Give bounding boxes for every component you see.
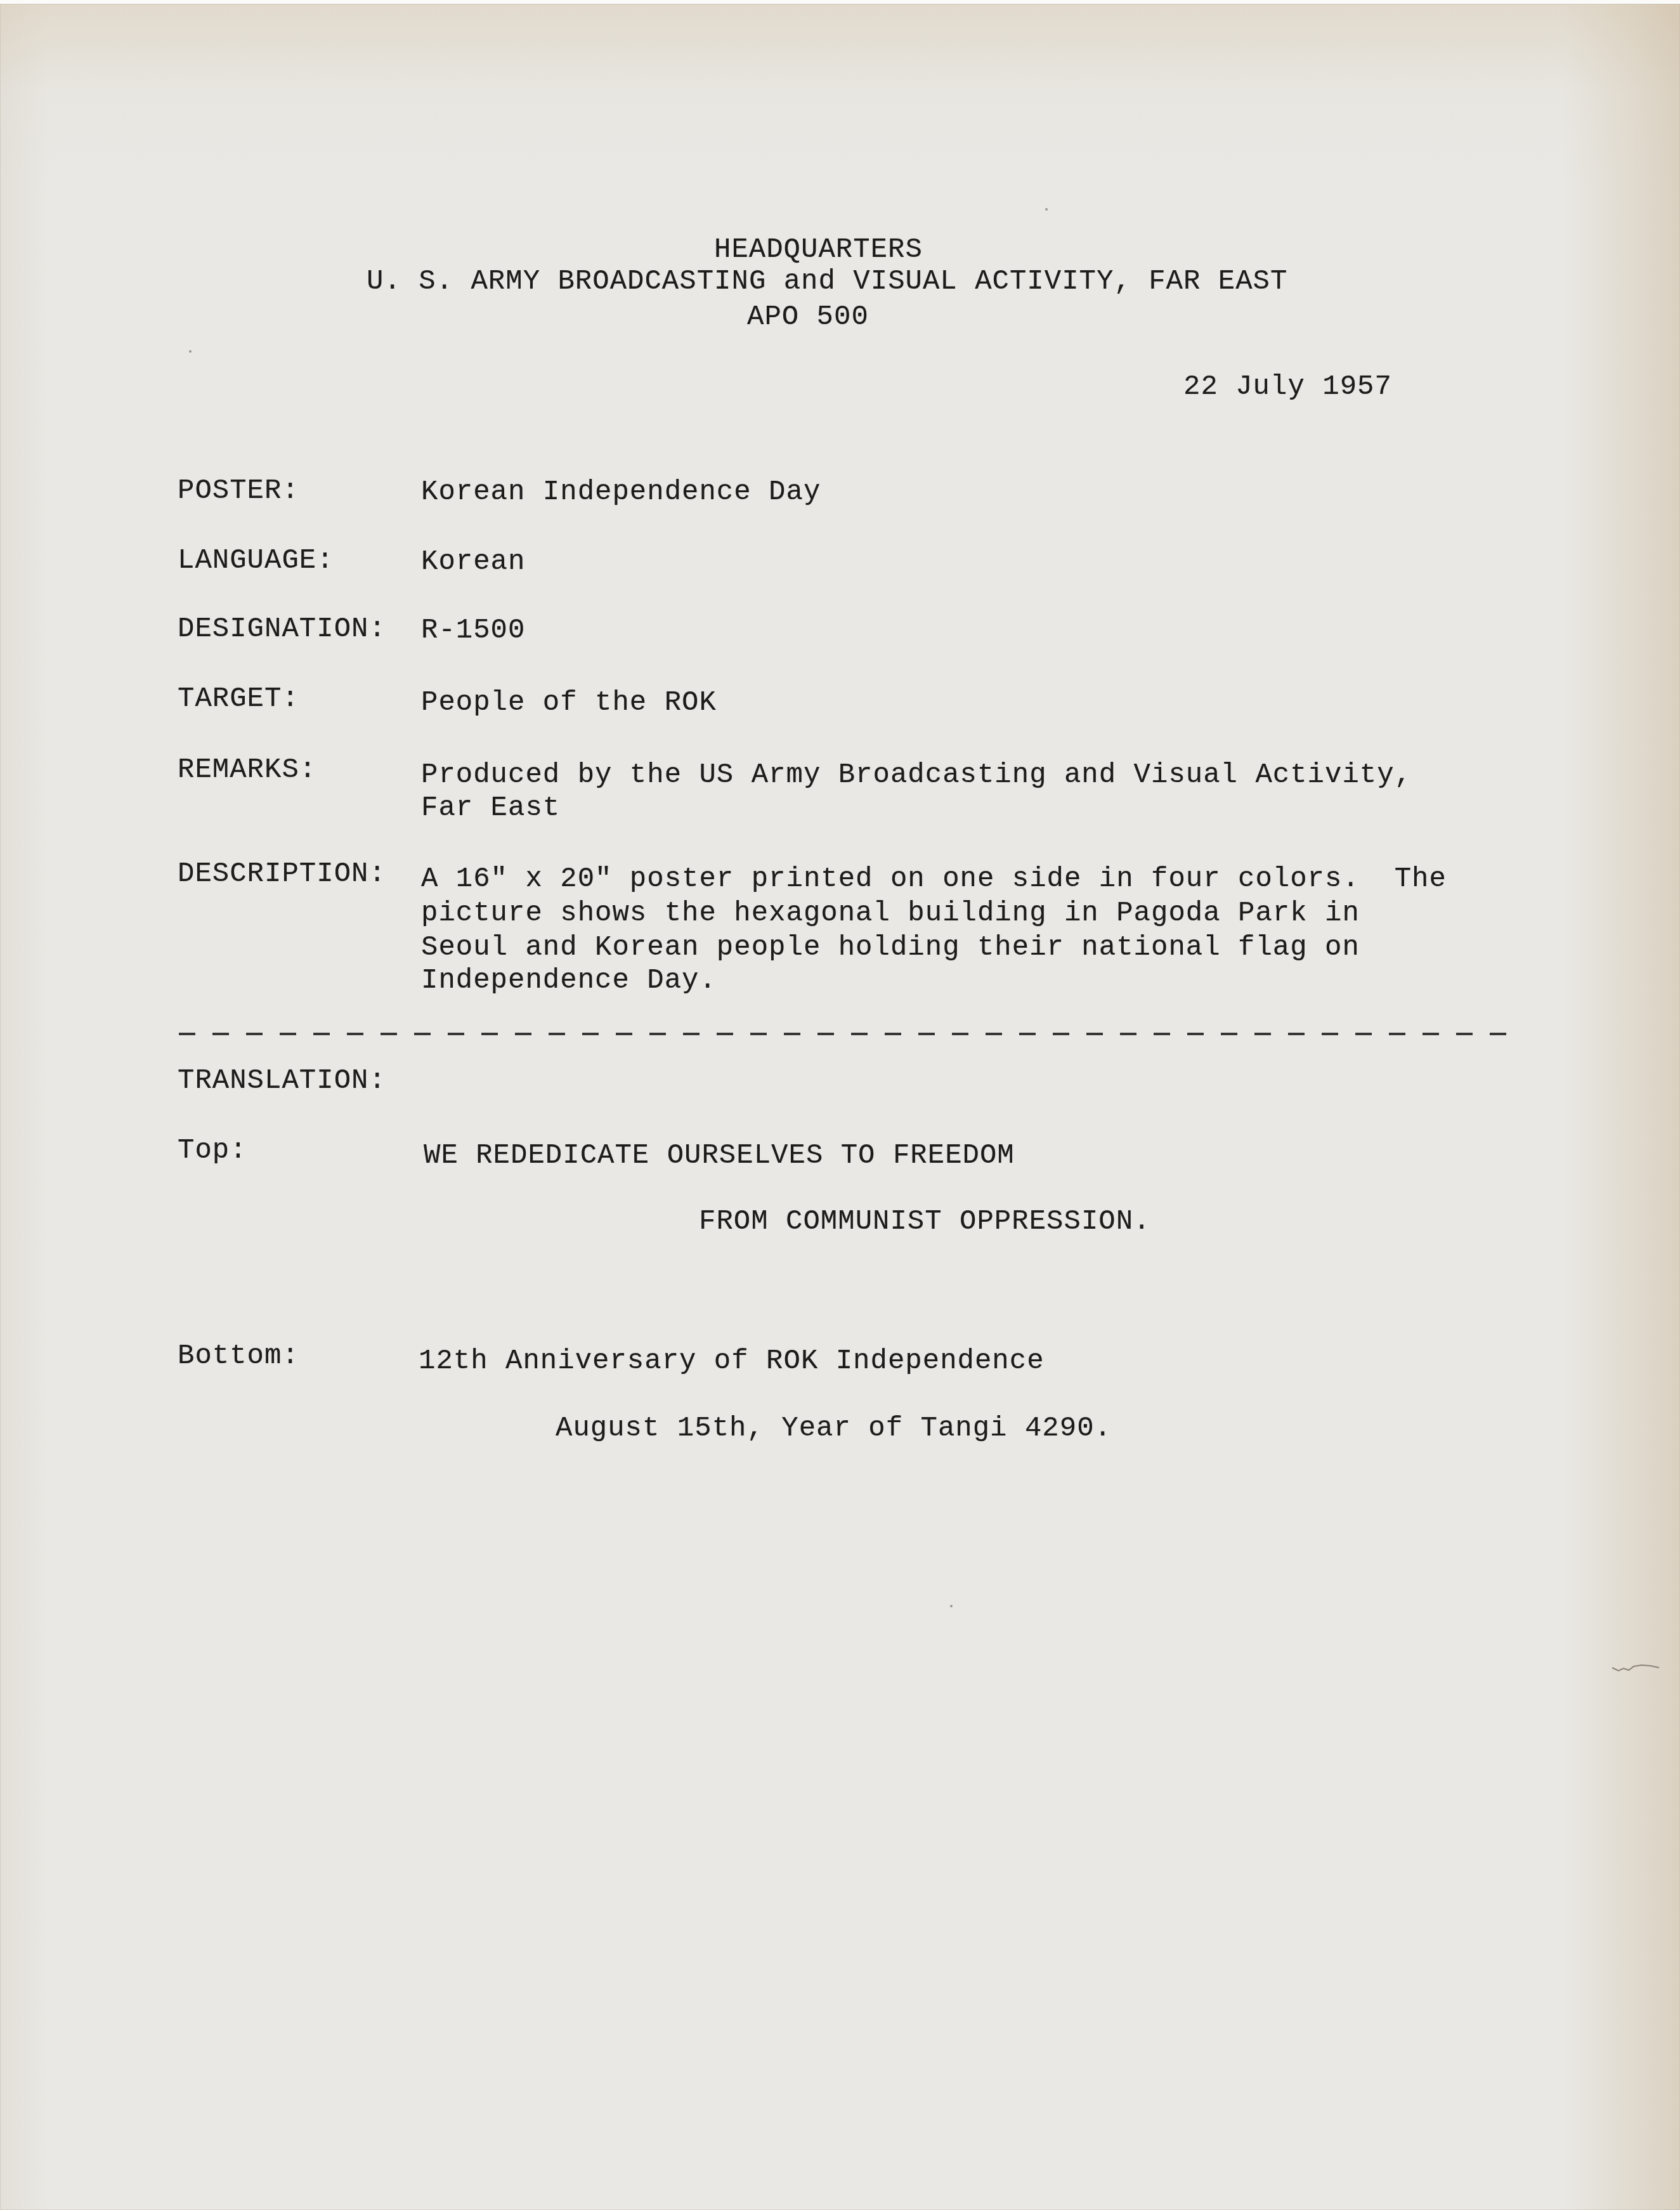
paper-speck: [1045, 208, 1048, 211]
field-value-description-line3: Seoul and Korean people holding their na…: [421, 934, 1360, 962]
dashed-separator: [179, 1033, 1523, 1035]
translation-top-line1: WE REDEDICATE OURSELVES TO FREEDOM: [424, 1142, 1015, 1170]
translation-bottom-line1: 12th Anniversary of ROK Independence: [419, 1347, 1045, 1375]
translation-heading: TRANSLATION:: [178, 1067, 386, 1095]
letterhead-unit-name: U. S. ARMY BROADCASTING and VISUAL ACTIV…: [367, 268, 1287, 296]
field-label-poster: POSTER:: [178, 477, 299, 505]
field-value-remarks-line1: Produced by the US Army Broadcasting and…: [421, 761, 1412, 789]
field-value-language: Korean: [421, 548, 525, 576]
field-label-description: DESCRIPTION:: [178, 860, 386, 888]
translation-top-label: Top:: [178, 1137, 247, 1165]
field-label-language: LANGUAGE:: [178, 547, 334, 575]
paper-speck: [189, 350, 192, 353]
translation-top-line2: FROM COMMUNIST OPPRESSION.: [699, 1208, 1151, 1236]
field-value-poster: Korean Independence Day: [421, 478, 821, 506]
paper-crease-mark: [1611, 1663, 1674, 1673]
field-value-description-line4: Independence Day.: [421, 967, 717, 995]
document-page: HEADQUARTERS U. S. ARMY BROADCASTING and…: [0, 4, 1680, 2210]
field-value-designation: R-1500: [421, 617, 525, 644]
field-value-description-line2: picture shows the hexagonal building in …: [421, 899, 1360, 927]
letterhead-apo: APO 500: [747, 303, 869, 331]
letterhead-headquarters: HEADQUARTERS: [714, 236, 923, 264]
field-value-description-line1: A 16" x 20" poster printed on one side i…: [421, 865, 1447, 893]
field-label-target: TARGET:: [178, 685, 299, 713]
field-label-remarks: REMARKS:: [178, 756, 316, 784]
translation-bottom-line2: August 15th, Year of Tangi 4290.: [556, 1415, 1112, 1442]
field-label-designation: DESIGNATION:: [178, 615, 386, 643]
paper-speck: [950, 1605, 953, 1607]
field-value-target: People of the ROK: [421, 689, 717, 717]
document-date: 22 July 1957: [1183, 373, 1392, 401]
field-value-remarks-line2: Far East: [421, 794, 560, 822]
translation-bottom-label: Bottom:: [178, 1342, 299, 1370]
